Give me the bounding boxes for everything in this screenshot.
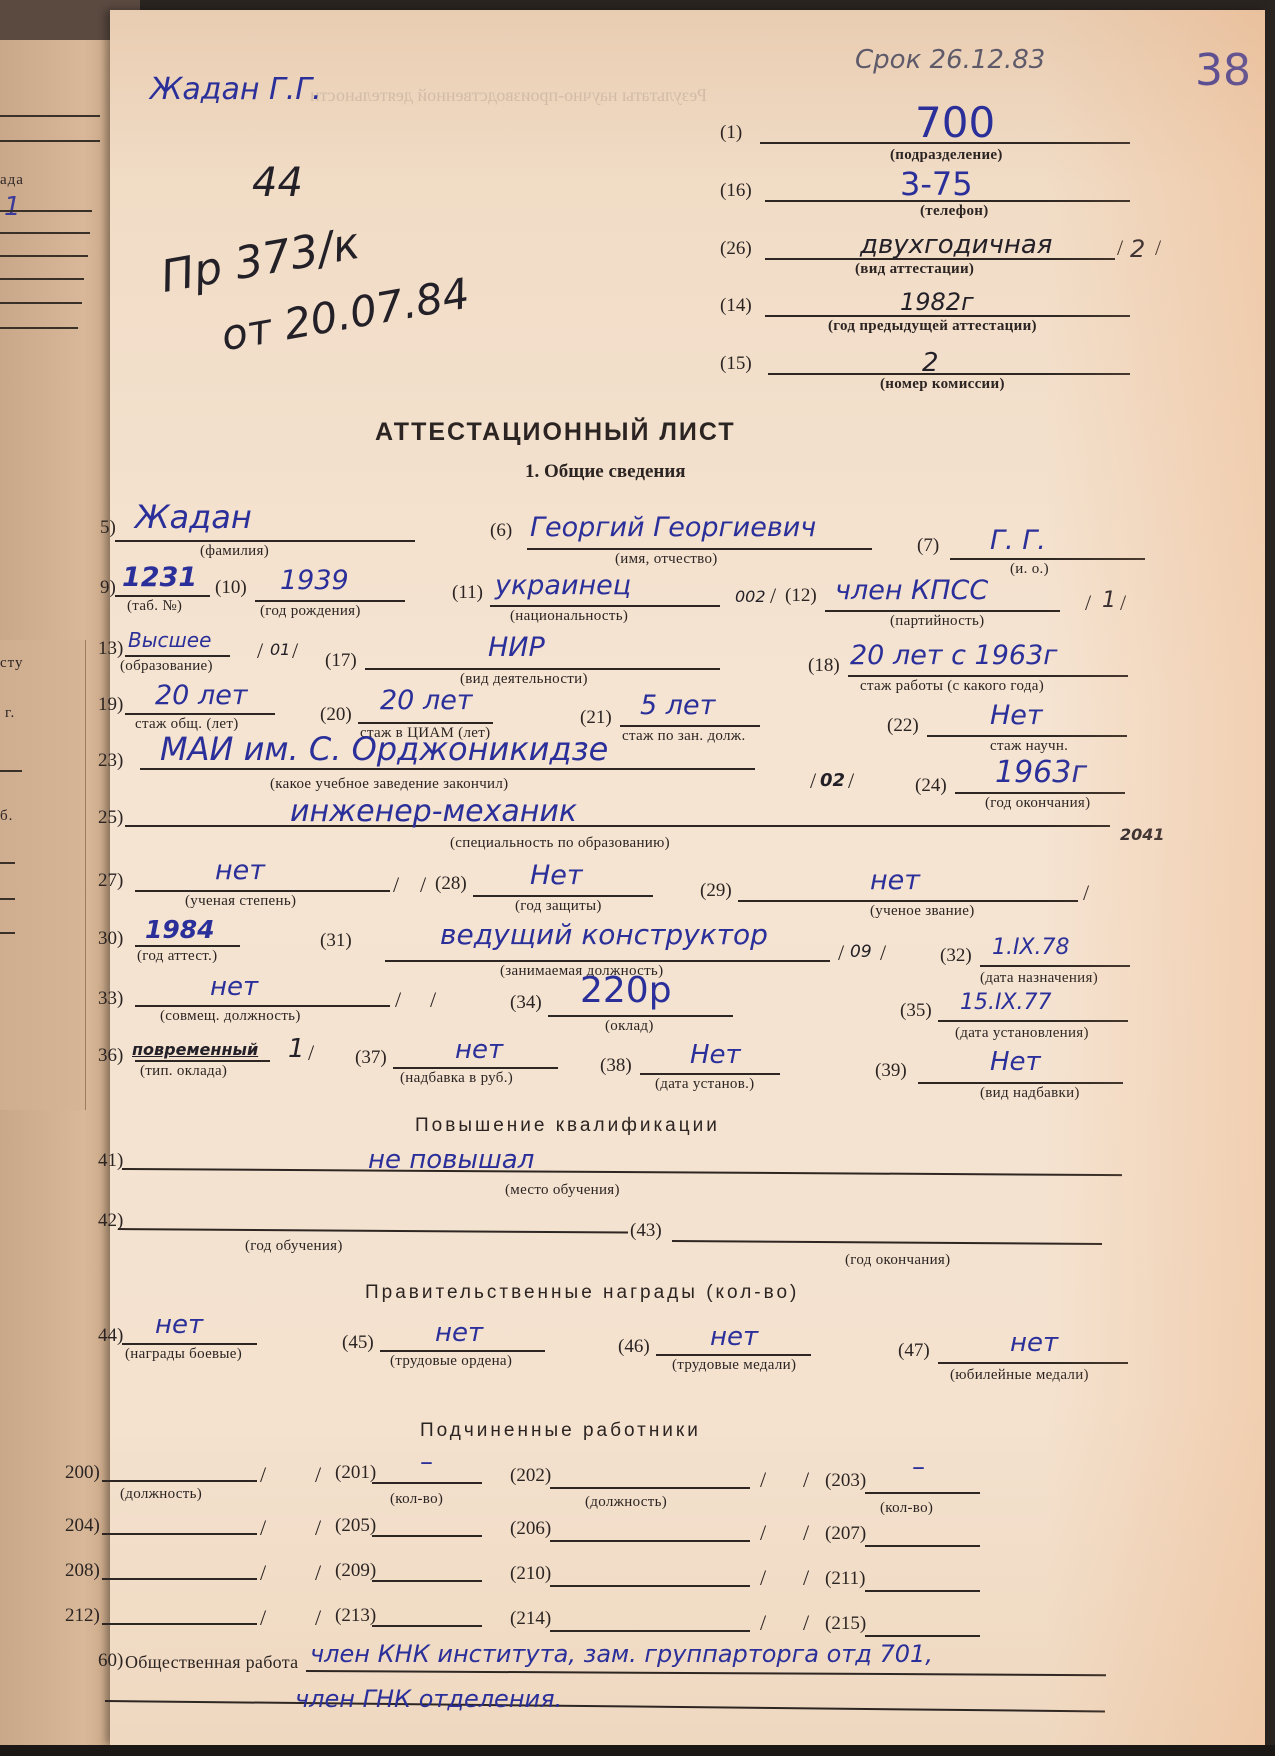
position-line[interactable] (550, 1487, 750, 1489)
specialty-label: (специальность по образованию) (450, 835, 670, 852)
commission-number-label: (номер комиссии) (880, 376, 1005, 393)
code-separator: / (260, 1462, 266, 1488)
total-experience-value[interactable]: 20 лет (155, 680, 248, 711)
field-line (473, 895, 653, 897)
field-line (950, 558, 1145, 560)
code-separator: / (393, 872, 399, 898)
field-line (918, 1082, 1123, 1084)
field-number: 33) (98, 988, 123, 1010)
salary-type-value[interactable]: повременный (132, 1040, 258, 1059)
code-separator: / (260, 1560, 266, 1586)
field-number: (45) (342, 1332, 374, 1354)
position-label: (должность) (585, 1494, 667, 1511)
surname-value[interactable]: Жадан (135, 498, 252, 536)
position-line[interactable] (550, 1540, 750, 1542)
salary-type-code: 1 (288, 1034, 305, 1064)
bonus-type-label: (вид надбавки) (980, 1085, 1080, 1102)
field-line (938, 1020, 1128, 1022)
work-experience-value[interactable]: 20 лет с 1963г (850, 640, 1057, 671)
public-work-label: Общественная работа (125, 1652, 298, 1673)
bonus-date-value[interactable]: Нет (690, 1040, 741, 1070)
count-line[interactable] (372, 1535, 482, 1537)
field-number: (24) (915, 775, 947, 797)
public-work-line2[interactable]: член ГНК отделения. (295, 1685, 562, 1713)
section-title: 1. Общие сведения (525, 461, 686, 483)
field-line (135, 945, 240, 947)
back-text: б. (0, 808, 13, 825)
field-number: 27) (98, 870, 123, 892)
field-number: (11) (452, 582, 483, 604)
salary-label: (оклад) (605, 1018, 654, 1035)
field-number: 44) (98, 1325, 123, 1347)
nationality-code: 002 (735, 587, 766, 606)
field-number: (213) (335, 1605, 376, 1627)
field-number: 23) (98, 750, 123, 772)
divider (0, 255, 88, 257)
public-work-line1[interactable]: член КНК института, зам. группарторга от… (310, 1640, 933, 1668)
activity-type-label: (вид деятельности) (460, 671, 588, 688)
field-number: (17) (325, 650, 357, 672)
code-separator: / (1083, 880, 1089, 906)
institution-code: 02 (820, 770, 845, 791)
previous-attestation-value[interactable]: 1982г (900, 288, 974, 316)
field-line (640, 1073, 780, 1075)
field-line (656, 1354, 811, 1356)
field-number: (209) (335, 1560, 376, 1582)
divider (0, 232, 90, 234)
field-number: (207) (825, 1523, 866, 1545)
set-date-value[interactable]: 15.IX.77 (960, 990, 1052, 1015)
field-number: (34) (510, 992, 542, 1014)
field-number: (10) (215, 577, 247, 599)
code-separator: / (803, 1565, 809, 1591)
field-number: 212) (65, 1605, 100, 1627)
science-experience-value[interactable]: Нет (990, 700, 1043, 731)
education-code: 01 (270, 640, 290, 659)
academic-degree-label: (ученая степень) (185, 893, 296, 910)
field-line (527, 548, 872, 550)
count-line[interactable] (372, 1580, 482, 1582)
name-patronymic-label: (имя, отчество) (615, 551, 718, 568)
code-separator: / (770, 583, 776, 609)
nationality-value[interactable]: украинец (495, 570, 631, 601)
field-number: (211) (825, 1568, 865, 1590)
code-separator: / (315, 1515, 321, 1541)
code-separator: / (257, 638, 263, 664)
code-separator: / (803, 1467, 809, 1493)
position-code: 09 (850, 942, 872, 962)
position-line[interactable] (102, 1578, 257, 1580)
field-number: 36) (98, 1045, 123, 1067)
field-line (122, 1343, 257, 1345)
position-line[interactable] (102, 1533, 257, 1535)
code-separator: / (848, 768, 854, 794)
field-number: 208) (65, 1560, 100, 1582)
divider (0, 932, 15, 934)
combined-position-label: (совмещ. должность) (160, 1008, 301, 1025)
field-number: (35) (900, 1000, 932, 1022)
subordinates-heading: Подчиненные работники (420, 1420, 701, 1442)
jubilee-medals-value[interactable]: нет (1010, 1328, 1058, 1358)
name-patronymic-value[interactable]: Георгий Георгиевич (530, 512, 816, 543)
field-line (358, 722, 493, 724)
field-line (135, 1060, 270, 1062)
attestation-type-code: 2 (1130, 235, 1145, 263)
field-number: (7) (917, 535, 939, 557)
attestation-year-label: (год аттест.) (137, 948, 217, 965)
academic-title-value[interactable]: нет (870, 865, 920, 896)
field-number: (201) (335, 1462, 376, 1484)
field-number: (14) (720, 295, 752, 317)
field-number: (215) (825, 1613, 866, 1635)
initials-label: (и. о.) (1010, 561, 1049, 578)
field-number: (20) (320, 704, 352, 726)
divider (0, 278, 84, 280)
back-handwriting: 1 (4, 192, 21, 222)
birth-year-label: (год рождения) (260, 603, 361, 620)
position-line[interactable] (102, 1480, 257, 1482)
labor-medals-label: (трудовые медали) (672, 1357, 796, 1374)
field-line (135, 890, 390, 892)
order-number-note: Пр 373/к (157, 218, 363, 303)
count-label: (кол-во) (880, 1500, 933, 1517)
divider (0, 898, 15, 900)
field-line (306, 1670, 1106, 1676)
field-line (738, 900, 1078, 902)
count-line[interactable] (372, 1482, 482, 1484)
count-line[interactable] (865, 1492, 980, 1494)
field-number: (38) (600, 1055, 632, 1077)
code-separator: / (395, 987, 401, 1013)
bonus-amount-value[interactable]: нет (455, 1035, 503, 1065)
field-line (980, 965, 1130, 967)
field-line (385, 960, 830, 962)
field-line (848, 675, 1128, 677)
field-line (768, 373, 1130, 375)
field-number: (39) (875, 1060, 907, 1082)
field-number: 13) (98, 638, 123, 660)
bonus-date-label: (дата установ.) (655, 1076, 754, 1093)
field-number: 204) (65, 1515, 100, 1537)
graduation-year-label: (год окончания) (845, 1252, 950, 1269)
field-number: (6) (490, 520, 512, 542)
field-number: (28) (435, 873, 467, 895)
nationality-label: (национальность) (510, 608, 628, 625)
code-separator: / (803, 1520, 809, 1546)
combat-awards-value[interactable]: нет (155, 1310, 203, 1340)
position-experience-value[interactable]: 5 лет (640, 690, 715, 721)
code-separator: / (430, 987, 436, 1013)
code-separator: / (292, 638, 298, 664)
science-experience-label: стаж научн. (990, 738, 1068, 755)
field-number: (46) (618, 1336, 650, 1358)
field-number: 30) (98, 928, 123, 950)
field-number: (16) (720, 180, 752, 202)
margin-number-note: 44 (252, 160, 303, 206)
field-line (125, 713, 275, 715)
combat-awards-label: (награды боевые) (125, 1346, 242, 1363)
position-line[interactable] (550, 1585, 750, 1587)
field-line (672, 1240, 1102, 1245)
code-separator: / (1155, 235, 1161, 261)
academic-title-label: (ученое звание) (870, 903, 975, 920)
field-number: (47) (898, 1340, 930, 1362)
awards-heading: Правительственные награды (кол-во) (365, 1282, 799, 1304)
code-separator: / (260, 1515, 266, 1541)
field-line (255, 600, 405, 602)
field-line (393, 1067, 558, 1069)
graduation-year-label: (год окончания) (985, 795, 1090, 812)
attestation-sheet: Результаты научно-производственной деяте… (110, 10, 1265, 1745)
count-value[interactable]: – (912, 1452, 925, 1482)
field-line (105, 1700, 1105, 1712)
phone-label: (телефон) (920, 203, 989, 220)
field-line (490, 605, 720, 607)
field-number: (21) (580, 707, 612, 729)
academic-degree-value[interactable]: нет (215, 855, 265, 886)
defense-year-label: (год защиты) (515, 898, 602, 915)
party-label: (партийность) (890, 613, 984, 630)
previous-attestation-label: (год предыдущей аттестации) (828, 318, 1037, 335)
training-year-label: (год обучения) (245, 1238, 343, 1255)
field-number: (26) (720, 238, 752, 260)
divider (0, 770, 22, 772)
field-number: (29) (700, 880, 732, 902)
institution-label: (какое учебное заведение закончил) (270, 776, 508, 793)
field-number: (37) (355, 1047, 387, 1069)
education-label: (образование) (120, 658, 213, 675)
field-line (115, 540, 415, 542)
divider (0, 327, 78, 329)
education-value[interactable]: Высшее (128, 628, 211, 652)
divider (0, 140, 100, 142)
date-note: Срок 26.12.83 (855, 45, 1045, 75)
personnel-number-label: (таб. №) (127, 598, 182, 615)
subdivision-value[interactable]: 700 (915, 98, 995, 147)
code-separator: / (315, 1560, 321, 1586)
code-separator: / (420, 872, 426, 898)
code-separator: / (315, 1605, 321, 1631)
field-number: (12) (785, 585, 817, 607)
field-number: (203) (825, 1470, 866, 1492)
field-number: (31) (320, 930, 352, 952)
appointment-date-value[interactable]: 1.IX.78 (992, 935, 1070, 960)
attestation-type-value[interactable]: двухгодичная (860, 230, 1052, 260)
name-note: Жадан Г.Г. (150, 72, 321, 107)
field-line (955, 792, 1125, 794)
field-number: (206) (510, 1518, 551, 1540)
set-date-label: (дата установления) (955, 1025, 1089, 1042)
count-line[interactable] (372, 1625, 482, 1627)
count-line[interactable] (865, 1590, 980, 1592)
field-line (380, 1350, 545, 1352)
code-separator: / (308, 1040, 314, 1066)
attestation-year-value[interactable]: 1984 (145, 915, 215, 944)
divider (0, 115, 100, 117)
defense-year-value[interactable]: Нет (530, 860, 583, 891)
surname-label: (фамилия) (200, 543, 269, 560)
personnel-number-value[interactable]: 1231 (122, 562, 197, 593)
position-line[interactable] (550, 1630, 750, 1632)
field-line (115, 595, 210, 597)
divider (0, 302, 82, 304)
divider (0, 862, 15, 864)
bleed-through: Результаты научно-производственной деяте… (310, 85, 707, 106)
count-line[interactable] (865, 1545, 980, 1547)
specialty-value[interactable]: инженер-механик (290, 794, 577, 829)
field-line (548, 1015, 733, 1017)
field-number: 41) (98, 1150, 123, 1172)
code-separator: / (803, 1610, 809, 1636)
back-text: сту (0, 655, 24, 672)
initials-value[interactable]: Г. Г. (990, 525, 1046, 556)
field-line (135, 1005, 390, 1007)
code-separator: / (760, 1565, 766, 1591)
commission-number-value[interactable]: 2 (922, 348, 939, 378)
labor-orders-label: (трудовые ордена) (390, 1353, 512, 1370)
field-number: (202) (510, 1465, 551, 1487)
field-number: 200) (65, 1462, 100, 1484)
field-number: (22) (887, 715, 919, 737)
code-separator: / (760, 1467, 766, 1493)
salary-type-label: (тип. оклада) (140, 1063, 227, 1080)
code-separator: / (1085, 590, 1091, 616)
field-line (125, 825, 1110, 827)
bonus-amount-label: (надбавка в руб.) (400, 1070, 513, 1087)
code-separator: / (810, 768, 816, 794)
field-line (365, 668, 720, 670)
field-line (118, 1228, 628, 1234)
code-separator: / (880, 940, 886, 966)
position-line[interactable] (102, 1623, 257, 1625)
training-place-label: (место обучения) (505, 1182, 620, 1199)
count-label: (кол-во) (390, 1491, 443, 1508)
field-number: (18) (808, 655, 840, 677)
count-line[interactable] (865, 1635, 980, 1637)
field-number: 9) (100, 577, 116, 599)
labor-medals-value[interactable]: нет (710, 1322, 758, 1352)
page-title: АТТЕСТАЦИОННЫЙ ЛИСТ (375, 418, 736, 447)
party-value[interactable]: член КПСС (835, 575, 988, 606)
attestation-type-label: (вид аттестации) (855, 261, 974, 278)
bonus-type-value[interactable]: Нет (990, 1047, 1041, 1077)
code-separator: / (315, 1462, 321, 1488)
position-experience-label: стаж по зан. долж. (622, 728, 746, 745)
party-code: 1 (1102, 588, 1116, 613)
field-number: (214) (510, 1608, 551, 1630)
field-number: (1) (720, 122, 742, 144)
count-value[interactable]: – (420, 1447, 433, 1477)
phone-value[interactable]: 3-75 (900, 165, 973, 203)
code-separator: / (760, 1520, 766, 1546)
code-separator: / (260, 1605, 266, 1631)
field-number: 60) (98, 1650, 123, 1672)
institution-value[interactable]: МАИ им. С. Орджоникидзе (160, 730, 608, 768)
salary-value[interactable]: 220р (580, 970, 672, 1011)
field-line (927, 735, 1127, 737)
labor-orders-value[interactable]: нет (435, 1318, 483, 1348)
activity-type-value[interactable]: НИР (488, 632, 545, 663)
field-number: (15) (720, 353, 752, 375)
work-experience-label: стаж работы (с какого года) (860, 678, 1044, 695)
divider (0, 210, 92, 212)
field-line (938, 1362, 1128, 1364)
specialty-code: 2041 (1120, 825, 1165, 844)
page-number: 38 (1195, 45, 1251, 96)
qualification-heading: Повышение квалификации (415, 1115, 720, 1137)
code-separator: / (1117, 235, 1123, 261)
field-line (140, 768, 755, 770)
field-line (825, 610, 1060, 612)
ciam-experience-value[interactable]: 20 лет (380, 685, 473, 716)
birth-year-value[interactable]: 1939 (280, 565, 349, 596)
field-number: (32) (940, 945, 972, 967)
field-line (122, 1168, 1122, 1176)
subdivision-label: (подразделение) (890, 147, 1003, 164)
field-number: 19) (98, 694, 123, 716)
field-number: (210) (510, 1563, 551, 1585)
field-number: 5) (100, 517, 116, 539)
graduation-year-value[interactable]: 1963г (995, 755, 1087, 790)
training-place-value[interactable]: не повышал (368, 1145, 534, 1175)
appointment-date-label: (дата назначения) (980, 970, 1098, 987)
position-label: (должность) (120, 1486, 202, 1503)
back-text: ада (0, 172, 24, 189)
field-number: 25) (98, 807, 123, 829)
combined-position-value[interactable]: нет (210, 972, 258, 1002)
code-separator: / (838, 940, 844, 966)
back-text: г. (5, 705, 15, 722)
code-separator: / (1120, 590, 1126, 616)
field-number: (43) (630, 1220, 662, 1242)
field-number: (205) (335, 1515, 376, 1537)
desk-edge (0, 1745, 1275, 1756)
jubilee-medals-label: (юбилейные медали) (950, 1367, 1089, 1384)
field-line (125, 655, 230, 657)
field-line (620, 725, 760, 727)
code-separator: / (760, 1610, 766, 1636)
position-value[interactable]: ведущий конструктор (440, 918, 768, 951)
